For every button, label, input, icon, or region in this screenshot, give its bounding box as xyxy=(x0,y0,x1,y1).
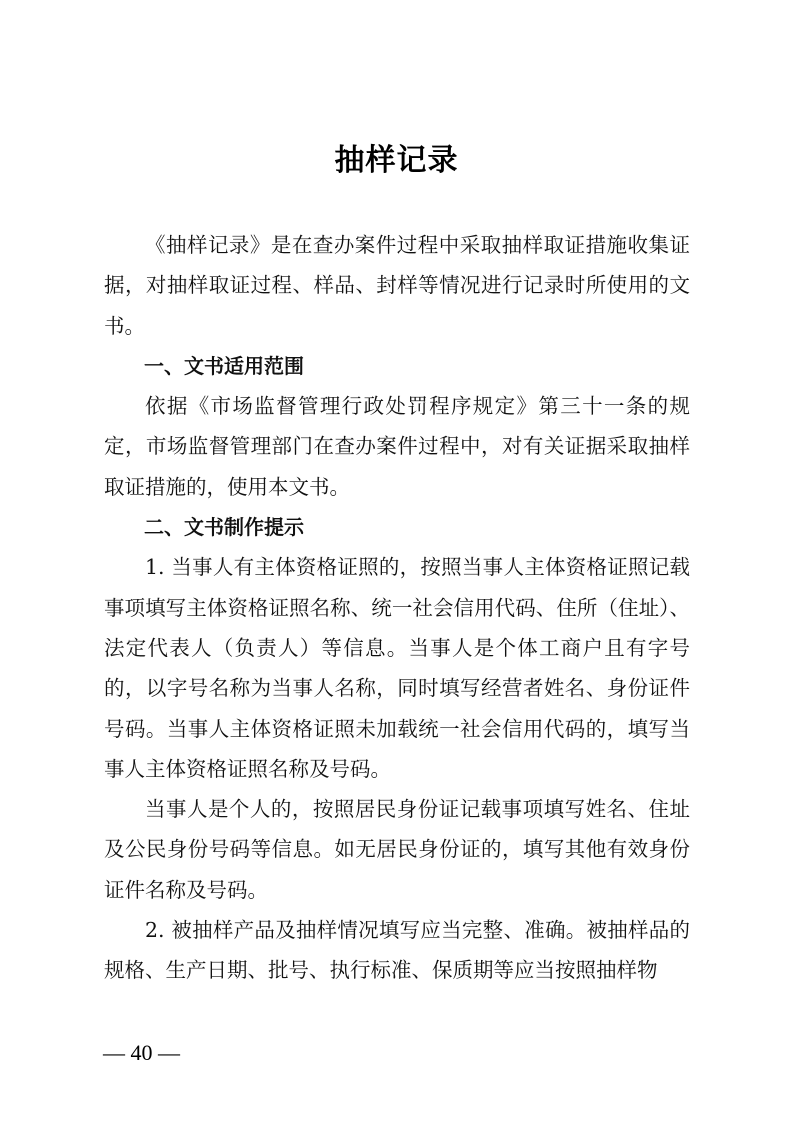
section-heading-tips: 二、文书制作提示 xyxy=(104,507,690,547)
page-number: — 40 — xyxy=(103,1038,180,1068)
scope-paragraph: 依据《市场监督管理行政处罚程序规定》第三十一条的规定，市场监督管理部门在查办案件… xyxy=(104,386,690,507)
tip-1-individual-paragraph: 当事人是个人的，按照居民身份证记载事项填写姓名、住址及公民身份号码等信息。如无居… xyxy=(104,789,690,910)
tip-1-paragraph: 1. 当事人有主体资格证照的，按照当事人主体资格证照记载事项填写主体资格证照名称… xyxy=(104,547,690,789)
document-page: 抽样记录 《抽样记录》是在查办案件过程中采取抽样取证措施收集证据，对抽样取证过程… xyxy=(0,0,793,1122)
tip-2-paragraph: 2. 被抽样产品及抽样情况填写应当完整、准确。被抽样品的规格、生产日期、批号、执… xyxy=(104,910,690,991)
intro-paragraph: 《抽样记录》是在查办案件过程中采取抽样取证措施收集证据，对抽样取证过程、样品、封… xyxy=(104,225,690,346)
section-heading-scope: 一、文书适用范围 xyxy=(104,346,690,386)
document-title: 抽样记录 xyxy=(0,141,793,181)
document-body: 《抽样记录》是在查办案件过程中采取抽样取证措施收集证据，对抽样取证过程、样品、封… xyxy=(104,225,690,991)
